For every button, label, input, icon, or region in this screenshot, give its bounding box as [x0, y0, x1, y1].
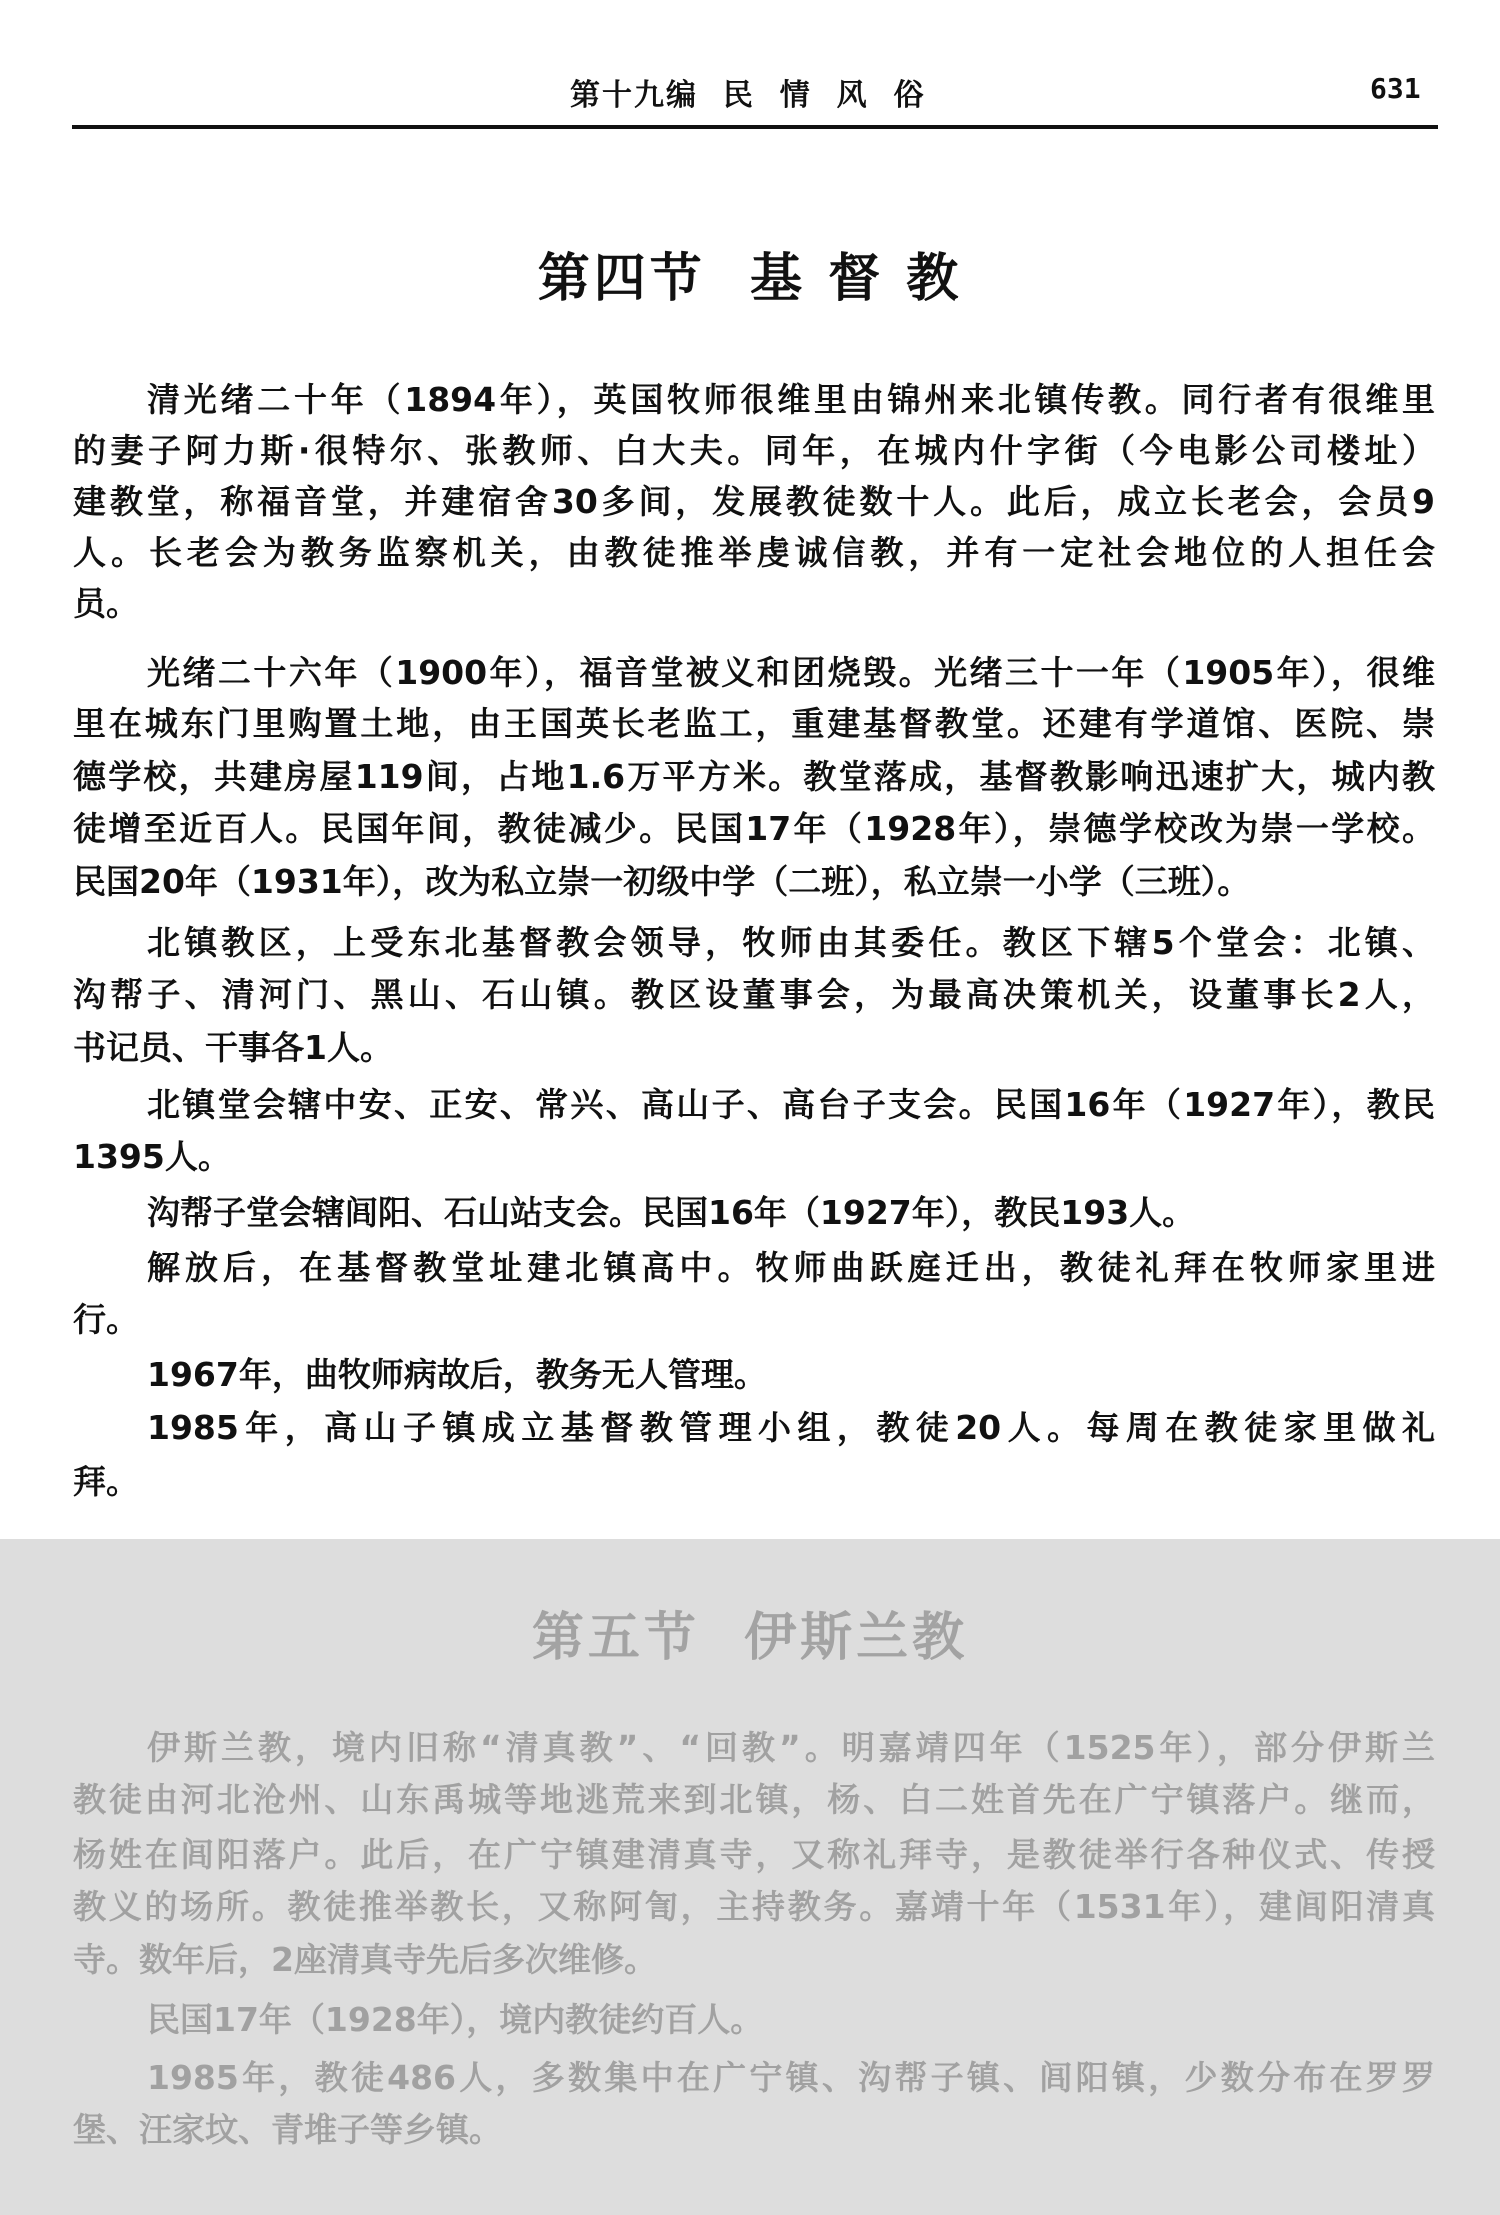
- text-line: 拜。: [73, 1462, 139, 1502]
- text-line: 的妻子阿力斯·很特尔、张教师、白大夫。同年，在城内什字街（今电影公司楼址）: [73, 431, 1435, 471]
- text-line: 员。: [73, 584, 139, 624]
- text-line: 徒增至近百人。民国年间，教徒减少。民国17年（1928年），崇德学校改为崇一学校…: [73, 809, 1435, 849]
- text-line: 教义的场所。教徒推举教长，又称阿訇，主持教务。嘉靖十年（1531年），建闾阳清真: [73, 1887, 1435, 1927]
- text-line: 1395人。: [73, 1137, 231, 1177]
- page-number: 631: [1370, 72, 1421, 105]
- text-line: 1985年，高山子镇成立基督教管理小组，教徒20人。每周在教徒家里做礼: [147, 1408, 1435, 1448]
- text-line: 沟帮子、清河门、黑山、石山镇。教区设董事会，为最高决策机关，设董事长2人，: [73, 975, 1435, 1015]
- text-line: 1985年，教徒486人，多数集中在广宁镇、沟帮子镇、闾阳镇，少数分布在罗罗: [147, 2058, 1435, 2098]
- text-line: 清光绪二十年（1894年），英国牧师很维里由锦州来北镇传教。同行者有很维里: [147, 380, 1435, 420]
- text-line: 德学校，共建房屋119间，占地1.6万平方米。教堂落成，基督教影响迅速扩大，城内…: [73, 757, 1435, 797]
- header-rule: [72, 125, 1438, 129]
- text-line: 里在城东门里购置土地，由王国英长老监工，重建基督教堂。还建有学道馆、医院、崇: [73, 704, 1435, 744]
- text-line: 建教堂，称福音堂，并建宿舍30多间，发展教徒数十人。此后，成立长老会，会员9: [73, 482, 1435, 522]
- text-line: 光绪二十六年（1900年），福音堂被义和团烧毁。光绪三十一年（1905年），很维: [147, 653, 1435, 693]
- text-line: 解放后，在基督教堂址建北镇高中。牧师曲跃庭迁出，教徒礼拜在牧师家里进: [147, 1248, 1435, 1288]
- text-line: 书记员、干事各1人。: [73, 1028, 393, 1068]
- text-line: 杨姓在闾阳落户。此后，在广宁镇建清真寺，又称礼拜寺，是教徒举行各种仪式、传授: [73, 1835, 1435, 1875]
- text-line: 人。长老会为教务监察机关，由教徒推举虔诚信教，并有一定社会地位的人担任会: [73, 533, 1435, 573]
- text-line: 寺。数年后，2座清真寺先后多次维修。: [73, 1940, 657, 1980]
- text-line: 民国17年（1928年），境内教徒约百人。: [147, 2000, 763, 2040]
- text-line: 沟帮子堂会辖闾阳、石山站支会。民国16年（1927年），教民193人。: [147, 1193, 1195, 1233]
- text-line: 堡、汪家坟、青堆子等乡镇。: [73, 2110, 502, 2150]
- text-line: 教徒由河北沧州、山东禹城等地逃荒来到北镇，杨、白二姓首先在广宁镇落户。继而，: [73, 1780, 1435, 1820]
- text-line: 北镇教区，上受东北基督教会领导，牧师由其委任。教区下辖5个堂会：北镇、: [147, 923, 1435, 963]
- text-line: 伊斯兰教，境内旧称“清真教”、“回教”。明嘉靖四年（1525年），部分伊斯兰: [147, 1728, 1435, 1768]
- running-head: 第十九编 民 情 风 俗: [570, 70, 926, 114]
- text-line: 行。: [73, 1300, 139, 1340]
- section-title-islam: 第五节 伊斯兰教: [0, 1595, 1500, 1670]
- text-line: 民国20年（1931年），改为私立崇一初级中学（二班），私立崇一小学（三班）。: [73, 862, 1250, 902]
- text-line: 北镇堂会辖中安、正安、常兴、高山子、高台子支会。民国16年（1927年），教民: [147, 1085, 1435, 1125]
- scanned-page: 第十九编 民 情 风 俗 631 第四节 基 督 教 清光绪二十年（1894年）…: [0, 0, 1500, 2215]
- section-title-christianity: 第四节 基 督 教: [0, 236, 1500, 311]
- text-line: 1967年，曲牧师病故后，教务无人管理。: [147, 1355, 767, 1395]
- faded-section-islam: 第五节 伊斯兰教 伊斯兰教，境内旧称“清真教”、“回教”。明嘉靖四年（1525年…: [0, 1539, 1500, 2215]
